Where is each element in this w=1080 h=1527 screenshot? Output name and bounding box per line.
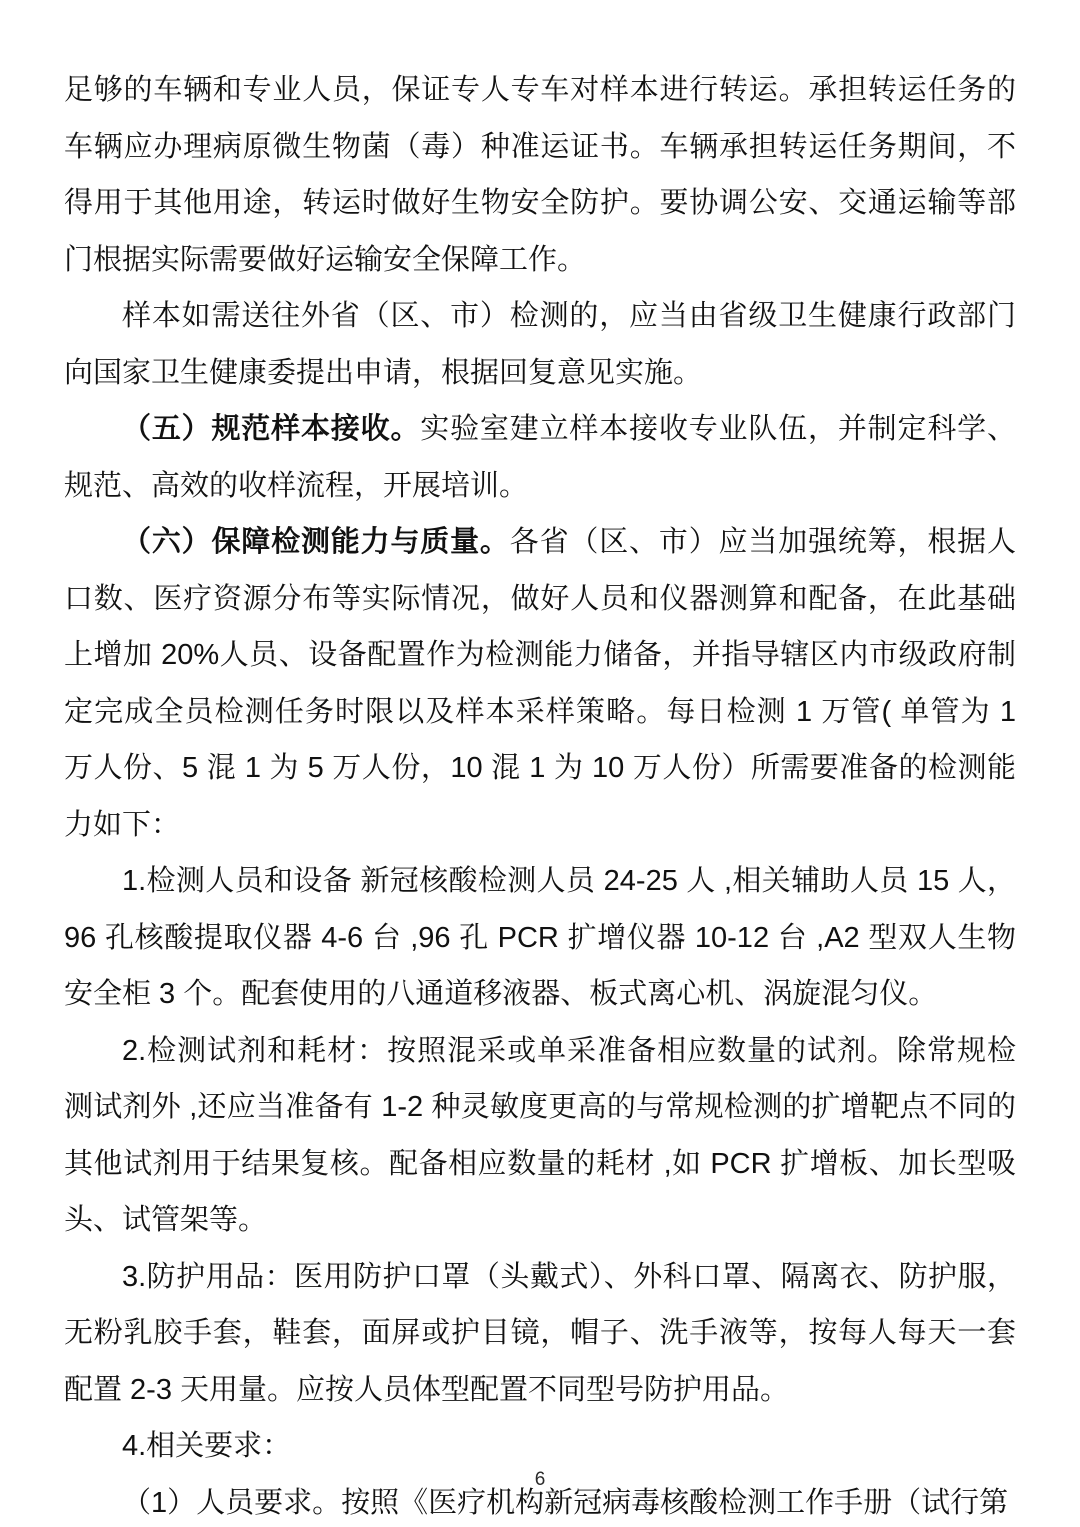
paragraph: 4.相关要求：	[64, 1418, 1016, 1475]
document-page: 足够的车辆和专业人员，保证专人专车对样本进行转运。承担转运任务的车辆应办理病原微…	[0, 0, 1080, 1527]
paragraph-bold-lead: （六）保障检测能力与质量。	[122, 526, 510, 558]
document-body: 足够的车辆和专业人员，保证专人专车对样本进行转运。承担转运任务的车辆应办理病原微…	[64, 62, 1016, 1527]
paragraph: （五）规范样本接收。实验室建立样本接收专业队伍，并制定科学、规范、高效的收样流程…	[64, 401, 1016, 514]
paragraph: 2.检测试剂和耗材：按照混采或单采准备相应数量的试剂。除常规检测试剂外 ,还应当…	[64, 1023, 1016, 1249]
paragraph: 足够的车辆和专业人员，保证专人专车对样本进行转运。承担转运任务的车辆应办理病原微…	[64, 62, 1016, 288]
paragraph: 样本如需送往外省（区、市）检测的，应当由省级卫生健康行政部门向国家卫生健康委提出…	[64, 288, 1016, 401]
page-number: 6	[0, 1469, 1080, 1491]
paragraph: 1.检测人员和设备 新冠核酸检测人员 24-25 人 ,相关辅助人员 15 人，…	[64, 853, 1016, 1023]
paragraph-bold-lead: （五）规范样本接收。	[122, 413, 420, 445]
paragraph: 3.防护用品：医用防护口罩（头戴式）、外科口罩、隔离衣、防护服，无粉乳胶手套，鞋…	[64, 1249, 1016, 1419]
paragraph: （六）保障检测能力与质量。各省（区、市）应当加强统筹，根据人口数、医疗资源分布等…	[64, 514, 1016, 853]
